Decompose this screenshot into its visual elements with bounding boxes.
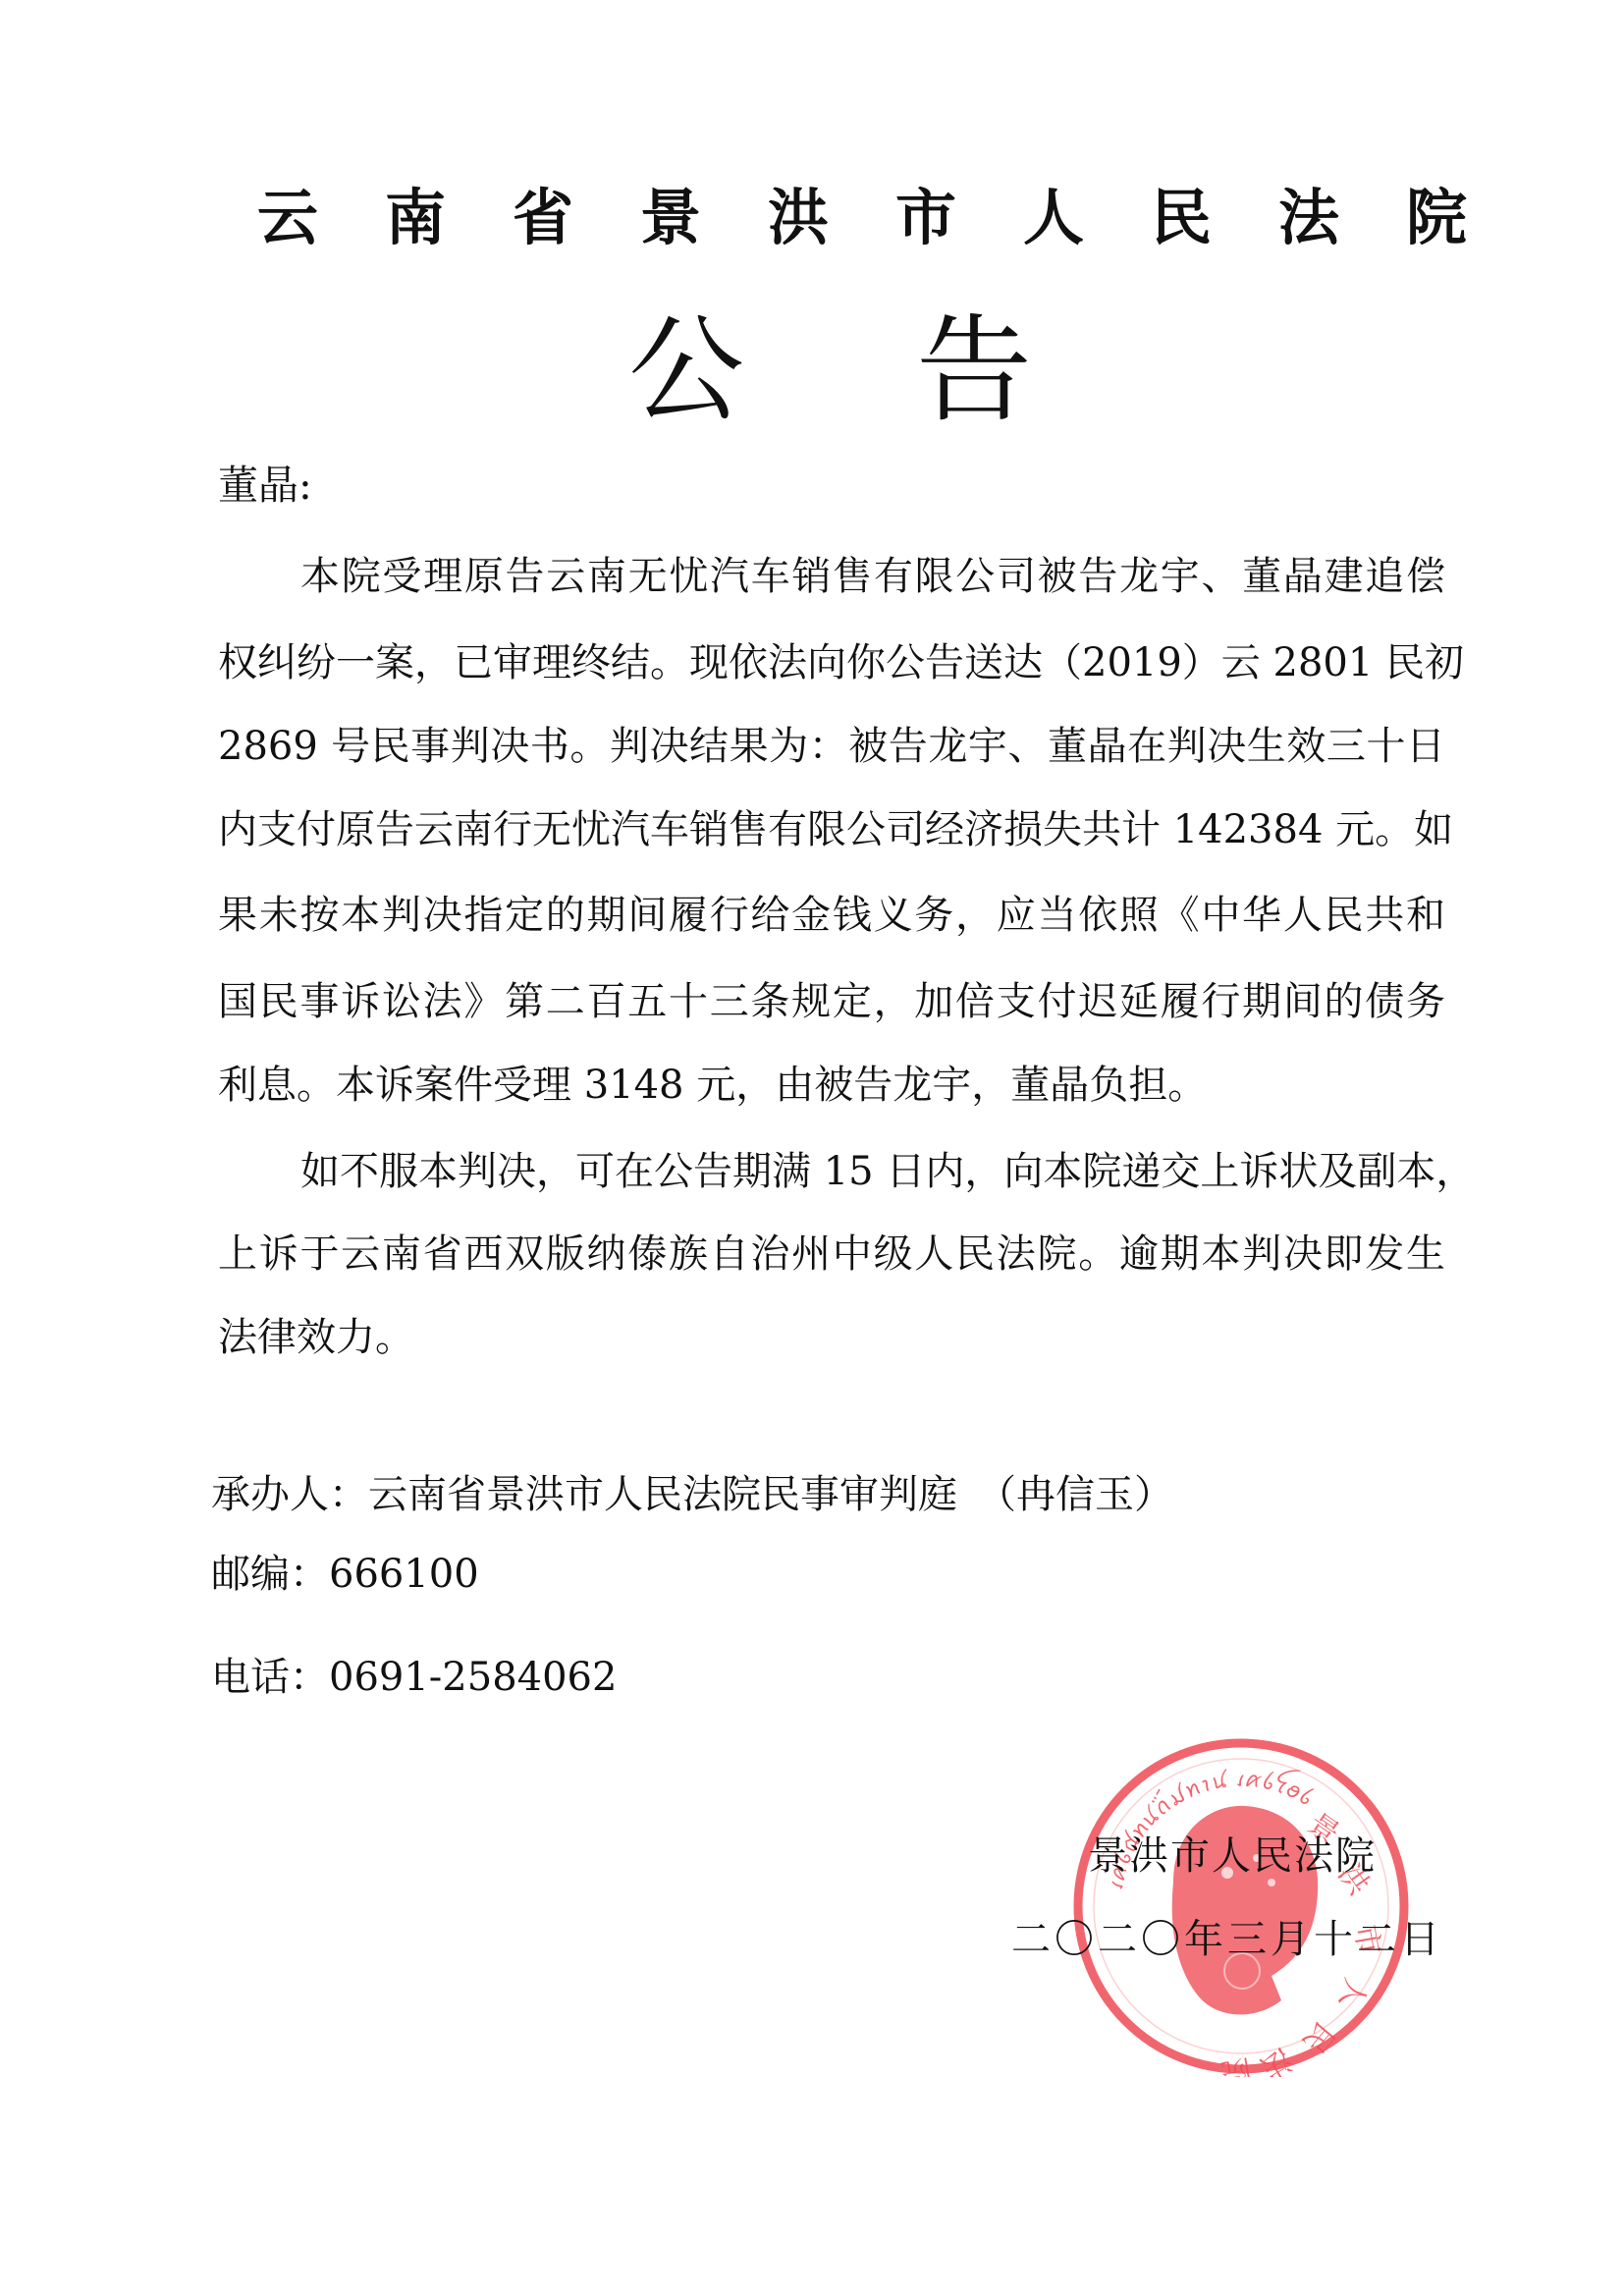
paragraph-line: 利息。本诉案件受理 3148 元，由被告龙宇，董晶负担。 <box>218 1061 1445 1110</box>
paragraph-line: 本院受理原告云南无忧汽车销售有限公司被告龙宇、董晶建追偿 <box>300 552 1445 601</box>
paragraph-line: 如不服本判决，可在公告期满 15 日内，向本院递交上诉状及副本， <box>300 1147 1445 1196</box>
paragraph-line: 上诉于云南省西双版纳傣族自治州中级人民法院。逾期本判决即发生 <box>218 1230 1445 1279</box>
notice-title: 公告 <box>628 306 1204 434</box>
addressee: 董晶: <box>218 460 312 511</box>
svg-text:人: 人 <box>1332 1974 1374 2011</box>
paragraph-line: 法律效力。 <box>218 1313 1445 1362</box>
signing-court: 景洪市人民法院 <box>1088 1831 1377 1881</box>
paragraph-line: 内支付原告云南行无忧汽车销售有限公司经济损失共计 142384 元。如 <box>218 805 1445 854</box>
official-seal-icon: ꪹꪁꪉꪠꪀꪙꪒꪾꪣꪀꪱꪙ ꪹꪁꪉꪼꪮꪉ 景 洪 市 人 民 法 院 <box>1070 1735 1412 2077</box>
signing-date: 二〇二〇年三月十二日 <box>1011 1915 1443 1964</box>
court-name-heading: 云南省景洪市人民法院 <box>257 179 1534 257</box>
phone-line: 电话：0691-2584062 <box>211 1653 617 1702</box>
handler-line: 承办人：云南省景洪市人民法院民事审判庭 （冉信玉） <box>211 1470 1173 1519</box>
paragraph-line: 果未按本判决指定的期间履行给金钱义务，应当依照《中华人民共和 <box>218 891 1445 940</box>
svg-text:院: 院 <box>1218 2051 1254 2077</box>
paragraph-line: 2869 号民事判决书。判决结果为：被告龙宇、董晶在判决生效三十日 <box>218 722 1445 771</box>
paragraph-line: 权纠纷一案，已审理终结。现依法向你公告送达（2019）云 2801 民初 <box>218 638 1445 687</box>
postcode-line: 邮编：666100 <box>211 1550 479 1599</box>
paragraph-line: 国民事诉讼法》第二百五十三条规定，加倍支付迟延履行期间的债务 <box>218 977 1445 1026</box>
